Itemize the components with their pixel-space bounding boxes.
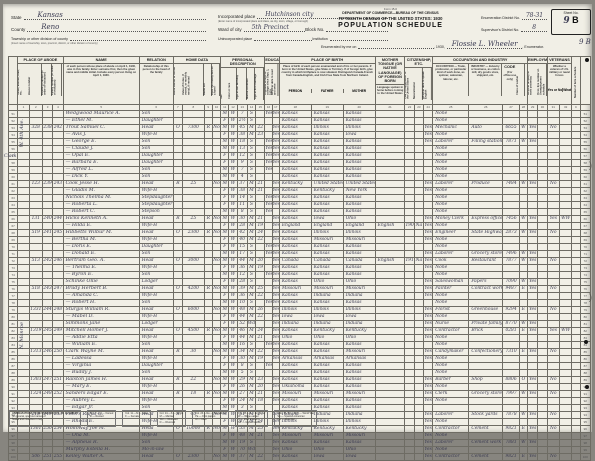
- cell-war: [559, 146, 571, 153]
- cell-sch: [265, 132, 272, 139]
- cell-nat: [414, 146, 423, 153]
- cell-bpm: Kansas: [343, 300, 375, 307]
- cell-bpf: Kentucky: [311, 328, 343, 335]
- cell-eng: [424, 195, 433, 202]
- age-at-marriage-column-label: Age at first marriage: [255, 68, 264, 100]
- table-row: 61123239243Cook Jesse H.HeadR25NoMW37M21…: [9, 181, 591, 188]
- cell-race: W: [229, 328, 237, 335]
- cell-code: [503, 342, 519, 349]
- cell-radio: R: [204, 391, 212, 398]
- cell-sch: Yes: [265, 251, 272, 258]
- cell-cls: [519, 111, 527, 118]
- cell-sex: M: [221, 377, 229, 384]
- cell-bpm: Illinois: [343, 230, 375, 237]
- cell-imm: [405, 195, 414, 202]
- cell-ln: 63: [9, 195, 18, 202]
- cell-agem: 22: [256, 125, 265, 132]
- cell-rw: Yes: [272, 321, 279, 328]
- cell-nat: [414, 125, 423, 132]
- cell-mar: S: [247, 279, 255, 286]
- cell-vet: [547, 314, 559, 321]
- cell-war: [559, 244, 571, 251]
- cell-bpf: Kansas: [311, 202, 343, 209]
- cell-ind: Auto: [469, 125, 503, 132]
- cell-nat: [414, 160, 423, 167]
- cell-sex: M: [221, 181, 229, 188]
- abbreviation-key: Col. 7.—O — OwnedR — Rented: [87, 410, 116, 427]
- cell-tongue: [375, 349, 405, 356]
- cell-vet: [547, 174, 559, 181]
- cell-age: 39: [237, 286, 247, 293]
- cell-ind: State Highway: [469, 230, 503, 237]
- cell-occ: None: [433, 132, 469, 139]
- cell-ln2: 56: [580, 146, 590, 153]
- cell-sex: M: [221, 216, 229, 223]
- cell-name: Wedgwood Maurice A.: [63, 111, 139, 118]
- cell-dw: [42, 251, 52, 258]
- cell-agem: [256, 321, 265, 328]
- cell-imm: [405, 139, 414, 146]
- cell-agem: [256, 370, 265, 377]
- cell-radio: [204, 307, 212, 314]
- cell-vet: No: [547, 230, 559, 237]
- cell-ind: [469, 174, 503, 181]
- cell-rw: Yes: [272, 160, 279, 167]
- cell-bp: Kentucky: [279, 181, 311, 188]
- cell-dw: [42, 300, 52, 307]
- cell-unemp: [538, 293, 547, 300]
- cell-emp: [528, 237, 538, 244]
- cell-val: [183, 202, 205, 209]
- cell-fam: 248: [53, 307, 63, 314]
- cell-rel: Son: [139, 174, 173, 181]
- cell-dw: 241: [42, 230, 52, 237]
- occupation-industry-header: OCCUPATION AND INDUSTRY OCCUPATION — Tra…: [433, 57, 528, 105]
- cell-bpf: United States: [311, 181, 343, 188]
- cell-eng: Yes: [424, 223, 433, 230]
- cell-code: [503, 363, 519, 370]
- cell-sch: Yes: [265, 139, 272, 146]
- cell-cls: W: [519, 181, 527, 188]
- cell-rw: Yes: [272, 188, 279, 195]
- cell-bpm: Kansas: [343, 363, 375, 370]
- cell-farm: [212, 398, 220, 405]
- line-number-header: [9, 57, 18, 105]
- cell-ln: 92: [9, 398, 18, 405]
- cell-occ: None: [433, 293, 469, 300]
- cell-own: O: [173, 125, 182, 132]
- cell-cls: [519, 146, 527, 153]
- cell-bpf: Kansas: [311, 174, 343, 181]
- cell-cls: [519, 370, 527, 377]
- form-header: StateKansas CountyReno Township or other…: [3, 4, 592, 54]
- cell-bpm: Kentucky: [343, 328, 375, 335]
- cell-occ: None: [433, 342, 469, 349]
- cell-bpf: Kansas: [311, 377, 343, 384]
- table-row: 74— Byron E.SonMW12SYesYesKansasKansasKa…: [9, 272, 591, 279]
- cell-emp: Yes: [528, 251, 538, 258]
- cell-fam: [53, 146, 63, 153]
- cell-sch: [265, 328, 272, 335]
- cell-name: — Robert H.: [63, 300, 139, 307]
- cell-cls: [519, 153, 527, 160]
- cell-fsch: [572, 398, 580, 405]
- cell-race: W: [229, 342, 237, 349]
- cell-dw: 239: [42, 181, 52, 188]
- cell-rw: [272, 167, 279, 174]
- cell-eng: [424, 153, 433, 160]
- cell-age: 13: [237, 146, 247, 153]
- cell-rel: Head: [139, 181, 173, 188]
- cell-race: W: [229, 384, 237, 391]
- table-row: 68519241245Hibbetts Wilbur M.HeadO2300RN…: [9, 230, 591, 237]
- abbreviation-key: Col. 11.—M — MaleF — Female: [122, 410, 150, 427]
- table-row: 56— Claude J.SonMW13SYesYesKansasKansasK…: [9, 146, 591, 153]
- personal-description-header: PERSONAL DESCRIPTION Sex Color or race A…: [221, 57, 265, 105]
- cell-radio: R: [204, 286, 212, 293]
- cell-imm: [405, 370, 414, 377]
- cell-ln2: 86: [580, 356, 590, 363]
- cell-val: [183, 300, 205, 307]
- cell-name: — Aubrey L.: [63, 398, 139, 405]
- cell-cls: E: [519, 426, 527, 433]
- cell-sex: F: [221, 195, 229, 202]
- cell-cls: [519, 356, 527, 363]
- cell-ind: Restaurant: [469, 258, 503, 265]
- cell-eng: [424, 300, 433, 307]
- cell-farm: [212, 160, 220, 167]
- cell-name: — Addie Etta: [63, 335, 139, 342]
- cell-own: [173, 300, 182, 307]
- cell-own: [173, 279, 182, 286]
- cell-bpm: Canada: [343, 258, 375, 265]
- cell-own: [173, 160, 182, 167]
- cell-agem: 21: [256, 391, 265, 398]
- cell-rel: Wife-H: [139, 314, 173, 321]
- cell-bp: Kansas: [279, 146, 311, 153]
- cell-imm: [405, 363, 414, 370]
- abbreviation-key: Col. 23.—Na — NaturalizedPa — First pape…: [192, 410, 229, 427]
- table-row: 58— Barbara E.DaughterFW9SYesYesKansasKa…: [9, 160, 591, 167]
- cell-sch: [265, 181, 272, 188]
- cell-bpm: Kansas: [343, 174, 375, 181]
- cell-street: [18, 146, 29, 153]
- cell-cls: W: [519, 125, 527, 132]
- cell-rel: Daughter: [139, 363, 173, 370]
- cell-dw: 244: [42, 307, 52, 314]
- read-write-column-label: Whether able to read and write: [272, 64, 278, 96]
- cell-race: W: [229, 146, 237, 153]
- cell-ln: 55: [9, 139, 18, 146]
- cell-cls: E: [519, 349, 527, 356]
- cell-eng: [424, 167, 433, 174]
- cell-agem: 22: [256, 293, 265, 300]
- cell-street: [18, 300, 29, 307]
- enumerator-line: Enumerated by me on , 1930, Flossie L. W…: [321, 40, 546, 49]
- schedule-title: POPULATION SCHEDULE: [303, 22, 478, 29]
- cell-race: W: [229, 391, 237, 398]
- cell-bpm: Iowa: [343, 132, 375, 139]
- cell-street: [18, 426, 29, 433]
- cell-fam: [53, 132, 63, 139]
- cell-unemp: [538, 146, 547, 153]
- cell-eng: [424, 174, 433, 181]
- cell-tongue: [375, 384, 405, 391]
- cell-code: [503, 237, 519, 244]
- cell-occ: None: [433, 272, 469, 279]
- birth-father-label: FATHER: [311, 89, 343, 93]
- cell-own: [173, 111, 182, 118]
- cell-eng: Yes: [424, 181, 433, 188]
- cell-fam: 252: [53, 391, 63, 398]
- cell-occ: Laborer: [433, 181, 469, 188]
- cell-nat: [414, 363, 423, 370]
- cell-sex: M: [221, 258, 229, 265]
- cell-house: [29, 167, 42, 174]
- cell-race: W: [229, 426, 237, 433]
- cell-tongue: English: [375, 223, 405, 230]
- cell-sex: M: [221, 111, 229, 118]
- cell-sex: M: [221, 272, 229, 279]
- cell-war: [559, 118, 571, 125]
- cell-farm: [212, 321, 220, 328]
- cell-race: W: [229, 321, 237, 328]
- cell-agem: [256, 146, 265, 153]
- cell-radio: [204, 188, 212, 195]
- cell-race: W: [229, 251, 237, 258]
- cell-house: [29, 146, 42, 153]
- cell-war: [559, 279, 571, 286]
- cell-dw: 246: [42, 349, 52, 356]
- cell-farm: [212, 363, 220, 370]
- cell-imm: [405, 398, 414, 405]
- cell-race: W: [229, 293, 237, 300]
- cell-nat: [414, 307, 423, 314]
- cell-fsch: [572, 223, 580, 230]
- cell-bpf: Kansas: [311, 244, 343, 251]
- table-row: 70— Doris E.DaughterFW15SYesYesKansasKan…: [9, 244, 591, 251]
- cell-imm: [405, 384, 414, 391]
- cell-ln2: 91: [580, 391, 590, 398]
- table-row: 821319245249Mitchell Homer J.HeadO4500RN…: [9, 328, 591, 335]
- table-row: 80— Mabel D.Wife-HFW44M22YesIowaIowaIowa…: [9, 314, 591, 321]
- cell-vet: [547, 363, 559, 370]
- cell-age: 2½: [237, 118, 247, 125]
- cell-bpf: Kansas: [311, 349, 343, 356]
- cell-val: 30: [183, 349, 205, 356]
- cell-street: [18, 118, 29, 125]
- table-row: 76518243247Brady Herbert B.HeadO4200RNoM…: [9, 286, 591, 293]
- cell-rel: Head: [139, 286, 173, 293]
- sheet-number-box: Sheet No. 9 B: [551, 9, 591, 35]
- cell-occ: None: [433, 244, 469, 251]
- cell-occ: None: [433, 363, 469, 370]
- cell-house: [29, 398, 42, 405]
- cell-occ: Nurse: [433, 321, 469, 328]
- cell-name: — Hilda E.: [63, 223, 139, 230]
- cell-radio: [204, 370, 212, 377]
- cell-name: Brady Herbert B.: [63, 286, 139, 293]
- cell-fsch: [572, 132, 580, 139]
- cell-fsch: [572, 188, 580, 195]
- employment-header: EMPLOYMENT Whether actually at work yest…: [528, 57, 548, 105]
- cell-bpf: Indiana: [311, 321, 343, 328]
- cell-val: 3000: [183, 258, 205, 265]
- cell-sch: [265, 426, 272, 433]
- cell-mar: M: [247, 356, 255, 363]
- cell-ind: [469, 209, 503, 216]
- farm-column-label: Does this family live on a farm?: [212, 64, 220, 96]
- cell-tongue: [375, 195, 405, 202]
- cell-cls: W: [519, 139, 527, 146]
- place-of-birth-header: PLACE OF BIRTH Place of birth of each pe…: [279, 57, 375, 105]
- cell-code: [503, 384, 519, 391]
- cell-unemp: [538, 244, 547, 251]
- cell-bp: Canada: [279, 258, 311, 265]
- cell-code: [503, 132, 519, 139]
- cell-rel: Son: [139, 167, 173, 174]
- cell-cls: O: [519, 377, 527, 384]
- cell-ln: 62: [9, 188, 18, 195]
- enumerated-label: Enumerated by me on: [321, 45, 356, 49]
- cell-fam: 244: [53, 216, 63, 223]
- cell-race: W: [229, 335, 237, 342]
- cell-nat: Na: [414, 223, 423, 230]
- cell-fam: [53, 111, 63, 118]
- cell-fsch: [572, 258, 580, 265]
- cell-farm: No: [212, 328, 220, 335]
- cell-fam: [53, 272, 63, 279]
- cell-occ: Engineer: [433, 230, 469, 237]
- cell-street: [18, 391, 29, 398]
- cell-age: 5: [237, 370, 247, 377]
- cell-eng: [424, 146, 433, 153]
- cell-dw: [42, 342, 52, 349]
- cell-nat: [414, 272, 423, 279]
- cell-bpm: Ohio: [343, 216, 375, 223]
- cell-agem: [256, 300, 265, 307]
- cell-radio: [204, 251, 212, 258]
- cell-house: [29, 188, 42, 195]
- cell-bp: Illinois: [279, 307, 311, 314]
- cell-rw: Yes: [272, 230, 279, 237]
- cell-age: 44: [237, 314, 247, 321]
- cell-age: 36: [237, 265, 247, 272]
- cell-radio: [204, 272, 212, 279]
- cell-imm: [405, 300, 414, 307]
- corner-pencil-mark: 9 B: [579, 38, 591, 46]
- cell-agem: 20: [256, 258, 265, 265]
- cell-ln: 77: [9, 293, 18, 300]
- cell-farm: [212, 244, 220, 251]
- cell-val: [183, 251, 205, 258]
- cell-age: 28: [237, 279, 247, 286]
- cell-race: W: [229, 370, 237, 377]
- cell-unemp: [538, 188, 547, 195]
- cell-mar: S: [247, 370, 255, 377]
- cell-val: [183, 279, 205, 286]
- cell-emp: [528, 363, 538, 370]
- cell-fam: [53, 174, 63, 181]
- cell-eng: [424, 272, 433, 279]
- cell-race: W: [229, 377, 237, 384]
- cell-emp: Yes: [528, 258, 538, 265]
- cell-agem: 21: [256, 335, 265, 342]
- cell-rw: Yes: [272, 377, 279, 384]
- cell-street: [18, 216, 29, 223]
- department-line: DEPARTMENT OF COMMERCE—BUREAU OF THE CEN…: [303, 11, 478, 15]
- cell-sex: M: [221, 349, 229, 356]
- cell-agem: [256, 209, 265, 216]
- cell-rel: Son: [139, 342, 173, 349]
- cell-emp: Yes: [528, 181, 538, 188]
- cell-ln2: 81: [580, 321, 590, 328]
- cell-street: [18, 244, 29, 251]
- cell-nat: [414, 209, 423, 216]
- cell-bpm: Iowa: [343, 314, 375, 321]
- cell-code: [503, 146, 519, 153]
- industry-column-label: INDUSTRY — Industry or business, as cott…: [468, 64, 501, 96]
- cell-sch: Yes: [265, 300, 272, 307]
- cell-code: 6655: [503, 125, 519, 132]
- cell-age: 8: [237, 363, 247, 370]
- cell-emp: [528, 314, 538, 321]
- cell-mar: Wd: [247, 321, 255, 328]
- cell-sex: F: [221, 279, 229, 286]
- cell-age: 38: [237, 188, 247, 195]
- cell-rel: Head: [139, 377, 173, 384]
- cell-rel: Wife-H: [139, 265, 173, 272]
- cell-vet: [547, 251, 559, 258]
- cell-mar: M: [247, 188, 255, 195]
- cell-mar: S: [247, 272, 255, 279]
- cell-unemp: [538, 363, 547, 370]
- cell-war: [559, 125, 571, 132]
- cell-fam: [53, 342, 63, 349]
- cell-sch: [265, 230, 272, 237]
- cell-val: 4500: [183, 328, 205, 335]
- cell-rw: Yes: [272, 181, 279, 188]
- cell-dw: [42, 384, 52, 391]
- cell-ln: 61: [9, 181, 18, 188]
- cell-name: — Robert C.: [63, 209, 139, 216]
- cell-tongue: [375, 125, 405, 132]
- cell-nat: [414, 111, 423, 118]
- cell-occ: None: [433, 300, 469, 307]
- cell-bpm: Kansas: [343, 244, 375, 251]
- cell-rw: Yes: [272, 146, 279, 153]
- cell-eng: Yes: [424, 384, 433, 391]
- cell-mar: M: [247, 328, 255, 335]
- cell-fsch: [572, 293, 580, 300]
- cell-unemp: [538, 251, 547, 258]
- cell-mar: S: [247, 118, 255, 125]
- table-row: 88— Buddy J.SonMW5SKansasKansasKansasNon…: [9, 370, 591, 377]
- cell-ln2: 68: [580, 230, 590, 237]
- cell-bpm: Missouri: [343, 237, 375, 244]
- cell-fam: [53, 321, 63, 328]
- cell-sch: [265, 216, 272, 223]
- place-of-abode-header: PLACE OF ABODE Street, avenue, road, etc…: [18, 57, 63, 105]
- cell-ln: 60: [9, 174, 18, 181]
- cell-street: [18, 153, 29, 160]
- cell-house: [29, 342, 42, 349]
- table-row: 54— Avis J.Wife-HFW38M23YesKansasKansasI…: [9, 132, 591, 139]
- cell-dw: [42, 188, 52, 195]
- cell-rw: Yes: [272, 265, 279, 272]
- cell-emp: Yes: [528, 328, 538, 335]
- cell-street: [18, 181, 29, 188]
